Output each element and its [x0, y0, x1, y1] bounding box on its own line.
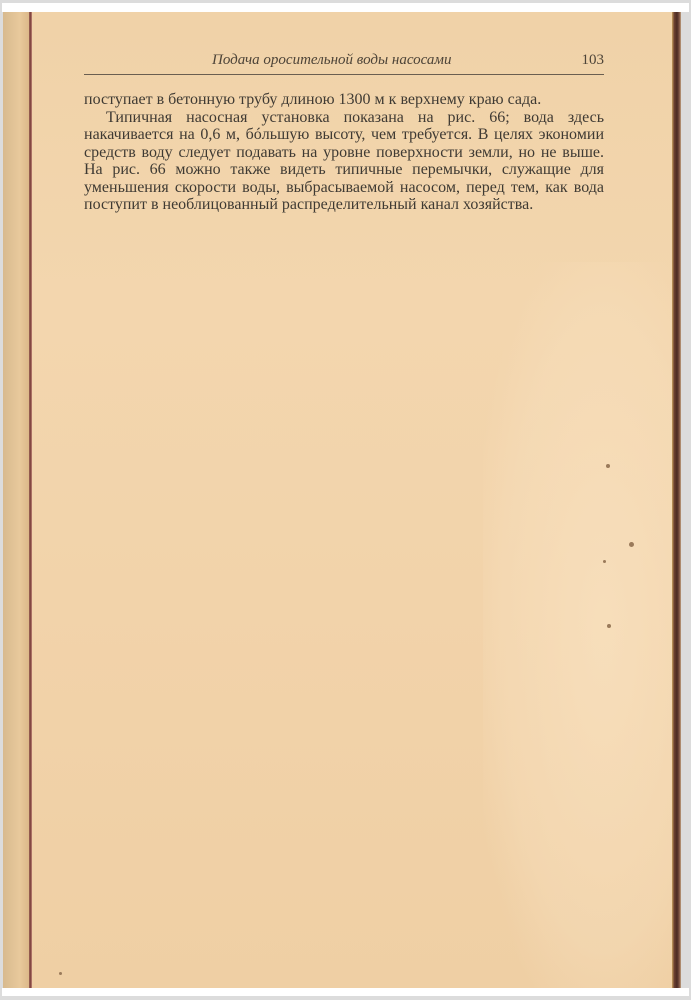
paper-speck: [603, 560, 606, 563]
running-header: Подача оросительной воды насосами 103: [84, 52, 604, 74]
page-edge-right: [672, 12, 681, 988]
paragraph: поступает в бетонную трубу длиною 1300 м…: [84, 91, 604, 109]
water-stain: [483, 262, 681, 988]
scan-border-top: [2, 3, 689, 12]
running-header-title: Подача оросительной воды насосами: [212, 52, 451, 69]
paper-speck: [606, 464, 610, 468]
paper-speck: [607, 624, 611, 628]
header-rule: [84, 74, 604, 75]
paper-speck: [629, 542, 634, 547]
scan-frame: Подача оросительной воды насосами 103 по…: [0, 0, 691, 1000]
paragraph: Типичная насосная установка показана на …: [84, 109, 604, 214]
scan-border-bottom: [2, 988, 689, 996]
paper-speck: [59, 972, 62, 975]
page-gutter: [3, 12, 31, 988]
body-text: поступает в бетонную трубу длиною 1300 м…: [84, 91, 604, 214]
binding-edge: [29, 12, 32, 988]
page-number: 103: [582, 52, 605, 69]
